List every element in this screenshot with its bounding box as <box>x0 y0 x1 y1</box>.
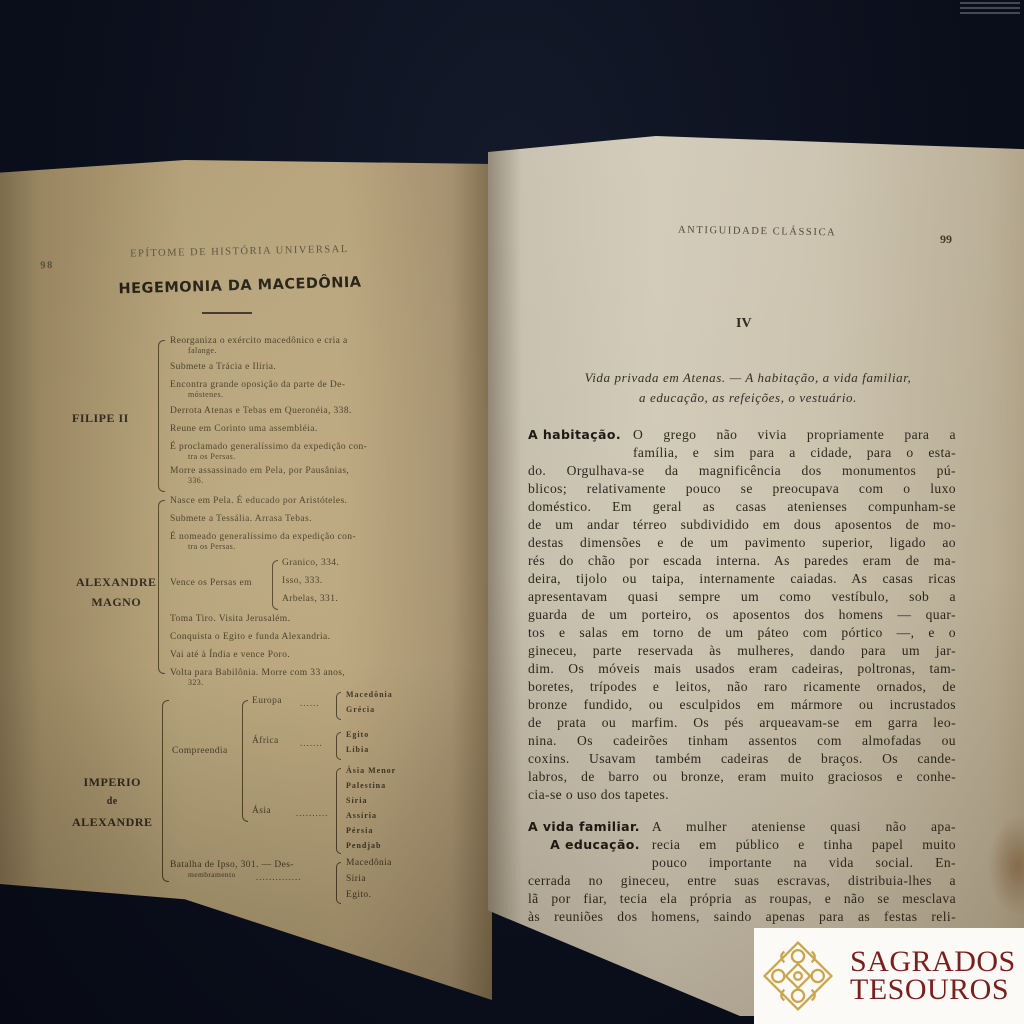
battle-item: Granico, 334. <box>282 558 339 568</box>
right-running-head: ANTIGUIDADE CLÁSSICA <box>678 225 836 239</box>
left-page: 98 EPÍTOME DE HISTÓRIA UNIVERSAL HEGEMON… <box>0 160 492 1000</box>
outline-item: Toma Tiro. Visita Jerusalém. <box>170 614 290 624</box>
book-photo: 98 EPÍTOME DE HISTÓRIA UNIVERSAL HEGEMON… <box>0 0 1024 1024</box>
place: Assíria <box>346 811 377 820</box>
place: Palestina <box>346 781 386 790</box>
leader-dots: .......... <box>296 808 329 818</box>
leader-dots: ...... <box>300 698 320 708</box>
outline-item: É proclamado generalíssimo da expedição … <box>170 442 367 461</box>
place: Ásia Menor <box>346 766 396 775</box>
right-page-number: 99 <box>940 232 952 247</box>
bracket-asia <box>336 768 341 854</box>
group-label-imperio: IMPERIO de ALEXANDRE <box>72 772 153 832</box>
region-europa: Europa <box>252 696 282 706</box>
place: Síria <box>346 796 367 805</box>
section-vida-familiar: A vida familiar. A educação. A mulher at… <box>528 818 956 926</box>
bracket-imperio <box>162 700 169 882</box>
outline-item: Submete a Trácia e Ilíria. <box>170 362 276 372</box>
chapter-number: IV <box>736 316 752 332</box>
outline-item: Derrota Atenas e Tebas em Queronéia, 338… <box>170 406 352 416</box>
outline-item: É nomeado generalíssimo da expedição con… <box>170 532 356 551</box>
chapter-subtitle: Vida privada em Atenas. — A habitação, a… <box>528 368 968 408</box>
region-africa: África <box>252 736 279 746</box>
battle-item: Arbelas, 331. <box>282 594 338 604</box>
section-heading: A habitação. <box>528 426 621 462</box>
place: Egito <box>346 730 369 739</box>
section-habitacao: A habitação. O grego não vivia propriame… <box>528 426 956 804</box>
bracket-africa <box>336 732 341 760</box>
place: Macedônia <box>346 690 393 699</box>
place: Líbia <box>346 745 369 754</box>
outline-item: Submete a Tessália. Arrasa Tebas. <box>170 514 312 524</box>
place: Pérsia <box>346 826 373 835</box>
outline-item: Vence os Persas em <box>170 578 252 588</box>
outline-item: Conquista o Egito e funda Alexandria. <box>170 632 330 642</box>
place: Egito. <box>346 890 371 900</box>
battle-item: Isso, 333. <box>282 576 323 586</box>
bracket-filipe <box>158 340 165 492</box>
ornament-icon <box>760 938 836 1014</box>
group-label-filipe: FILIPE II <box>72 408 129 428</box>
section-heading: A vida familiar. A educação. <box>528 818 640 872</box>
right-page: ANTIGUIDADE CLÁSSICA 99 IV Vida privada … <box>488 136 1024 1016</box>
bracket-europa <box>336 692 341 720</box>
region-asia: Ásia <box>252 806 271 816</box>
outline-item: Encontra grande oposição da parte de De-… <box>170 380 345 399</box>
sagrados-tesouros-logo: SAGRADOS TESOUROS <box>754 928 1024 1024</box>
outline-item: Vai até à Índia e vence Poro. <box>170 650 290 660</box>
compreendia-label: Compreendia <box>172 746 228 756</box>
place: Grécia <box>346 705 375 714</box>
history-outline: FILIPE II Reorganiza o exército macedôni… <box>0 160 492 1000</box>
bracket-alexandre <box>158 500 165 674</box>
bracket-battles <box>272 560 278 610</box>
place: Pendjab <box>346 841 381 850</box>
outline-item: Nasce em Pela. É educado por Aristóteles… <box>170 496 347 506</box>
corner-artifact <box>960 2 1020 16</box>
leader-dots: ....... <box>300 738 323 748</box>
logo-text: SAGRADOS TESOUROS <box>850 948 1016 1004</box>
leader-dots: .............. <box>256 872 302 882</box>
page-stain <box>988 816 1024 916</box>
group-label-alexandre: ALEXANDRE MAGNO <box>76 572 157 612</box>
outline-item: Reorganiza o exército macedônico e cria … <box>170 336 348 355</box>
place: Macedônia <box>346 858 392 868</box>
bracket-division <box>336 862 341 904</box>
bracket-regions <box>242 700 248 822</box>
outline-item: Volta para Babilônia. Morre com 33 anos,… <box>170 668 345 687</box>
outline-item: Morre assassinado em Pela, por Pausânias… <box>170 466 349 485</box>
place: Síria <box>346 874 366 884</box>
outline-item: Reune em Corinto uma assembléia. <box>170 424 318 434</box>
